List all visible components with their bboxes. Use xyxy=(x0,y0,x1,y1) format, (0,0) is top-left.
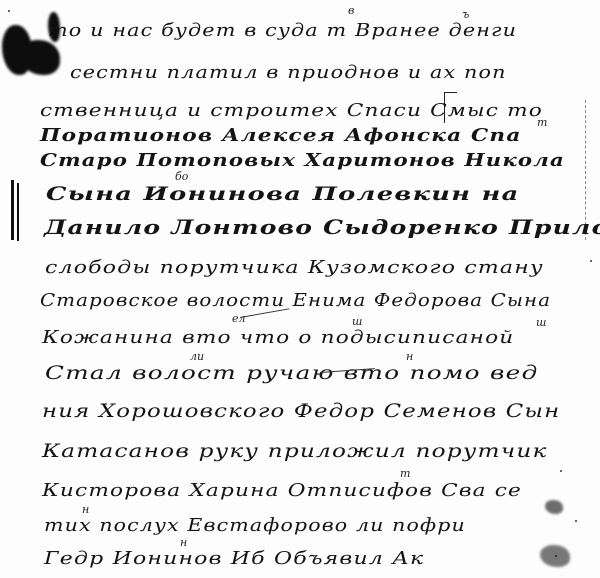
manuscript-line: Катасанов руку приложил порутчик xyxy=(42,440,548,462)
superscript-letter: ш xyxy=(536,316,546,329)
superscript-letter: ли xyxy=(190,350,204,363)
manuscript-line: то и нас будет в суда т Вранее денги xyxy=(48,20,517,41)
manuscript-line: сестни платил в приоднов и ах поп xyxy=(70,62,507,83)
manuscript-line: ния Хорошовского Федор Семенов Сын xyxy=(42,400,560,422)
margin-double-bar-right xyxy=(17,183,19,241)
manuscript-line: Старовское волости Енима Федорова Сына xyxy=(40,290,551,311)
margin-double-bar-left xyxy=(11,180,14,240)
manuscript-line: тих послух Евстафорово ли пофри xyxy=(44,515,466,536)
manuscript-line: Кисторова Харина Отписифов Сва се xyxy=(42,480,522,501)
superscript-letter: н xyxy=(180,536,187,549)
superscript-letter: ш xyxy=(352,315,362,328)
manuscript-line: Данило Лонтово Сыдоренко Приложил xyxy=(44,215,600,239)
manuscript-page: то и нас будет в суда т Вранее денги сес… xyxy=(0,0,600,578)
paper-speck xyxy=(8,10,10,12)
superscript-letter: т xyxy=(400,467,410,480)
manuscript-line: слободы порутчика Кузомского стану xyxy=(45,257,544,278)
superscript-letter: н xyxy=(406,350,413,363)
superscript-letter: н xyxy=(82,503,89,516)
superscript-letter: бо xyxy=(175,170,188,183)
superscript-letter: т xyxy=(537,116,547,129)
superscript-letter: ъ xyxy=(462,8,469,21)
ink-smudge-right xyxy=(545,500,563,514)
ink-smudge-bottom-right xyxy=(540,545,570,567)
paper-speck xyxy=(560,470,562,472)
manuscript-line: Гедр Ионинов Иб Объявил Ак xyxy=(44,548,424,569)
paper-speck xyxy=(575,520,577,522)
paper-speck xyxy=(590,260,592,262)
superscript-letter: в xyxy=(348,4,354,17)
manuscript-line: Стал волост ручаю вто помо вед xyxy=(45,362,539,384)
superscript-letter: ел xyxy=(232,312,246,325)
manuscript-line: Кожанина вто что о подысиписаной xyxy=(42,327,514,348)
manuscript-line: ственница и строитех Спаси Смыс то xyxy=(40,100,543,121)
manuscript-line: Старо Потоповых Харитонов Никола xyxy=(40,150,565,171)
manuscript-line: Сына Ионинова Полевкин на xyxy=(46,183,520,205)
manuscript-line: Поратионов Алексея Афонска Спа xyxy=(40,125,522,146)
